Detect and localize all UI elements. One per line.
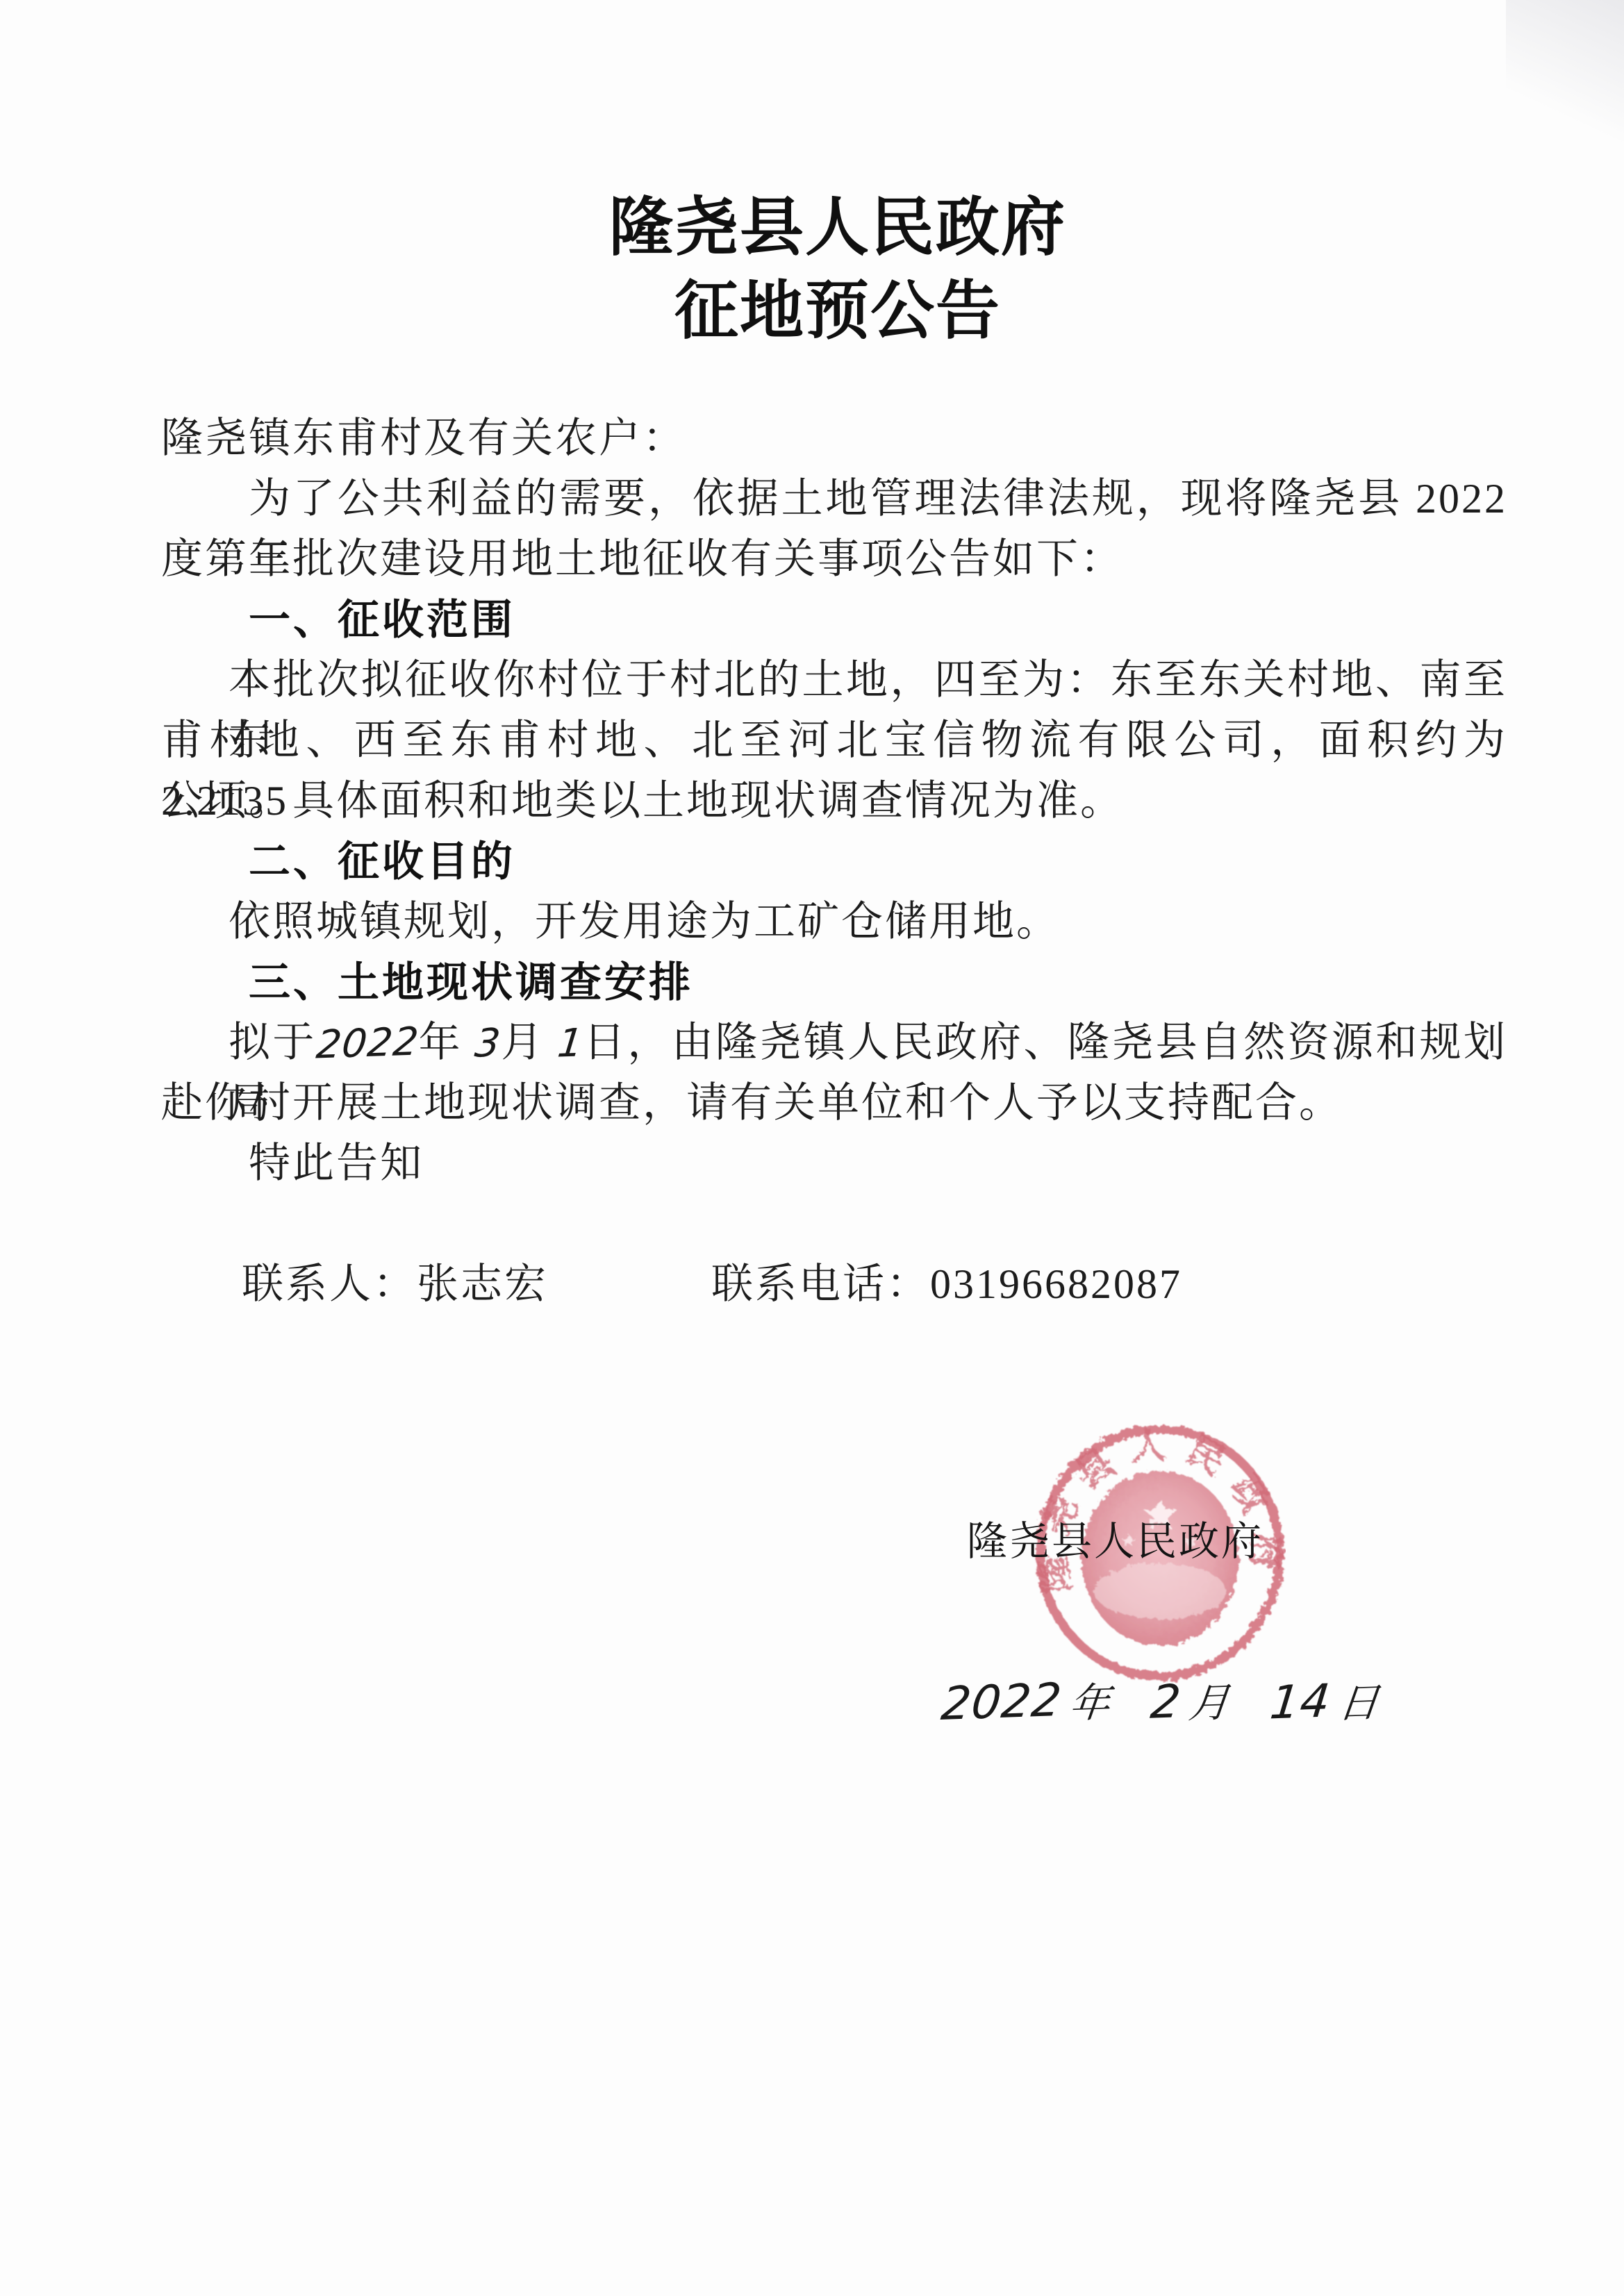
document-title: 隆尧县人民政府 征地预公告	[0, 186, 1624, 353]
signature-month-unit: 月	[1186, 1679, 1232, 1727]
title-line-1: 隆尧县人民政府	[51, 186, 1624, 269]
signature-day-unit: 日	[1336, 1679, 1382, 1727]
section1-heading: 一、征收范围	[161, 590, 1507, 650]
section2-heading: 二、征收目的	[161, 831, 1507, 892]
closing-line: 特此告知	[161, 1133, 1507, 1194]
blank-line	[161, 1194, 1507, 1254]
handwritten-month: 3	[472, 1013, 504, 1074]
scan-corner-shadow	[1506, 0, 1624, 208]
signature-year-unit: 年	[1067, 1679, 1113, 1727]
handwritten-day: 1	[554, 1013, 586, 1074]
signature-date-day-group: 14 日	[1270, 1678, 1379, 1727]
paragraph2-line2: 甫村地、西至东甫村地、北至河北宝信物流有限公司，面积约为 2.2135	[161, 710, 1507, 771]
signature-authority-name: 隆尧县人民政府	[967, 1508, 1263, 1567]
signature-year: 2022	[939, 1676, 1064, 1729]
signature-date: 2022 年 2 月 14 日	[942, 1678, 1379, 1727]
contact-person: 联系人：张志宏	[242, 1261, 548, 1307]
section3-heading: 三、土地现状调查安排	[161, 952, 1507, 1013]
document-body: 隆尧镇东甫村及有关农户： 为了公共利益的需要，依据土地管理法律法规，现将隆尧县 …	[161, 408, 1507, 1315]
contact-line: 联系人：张志宏联系电话：03196682087	[161, 1254, 1507, 1315]
signature-date-year-group: 2022 年	[942, 1678, 1111, 1727]
month-unit: 月	[501, 1020, 558, 1065]
paragraph3-line1: 依照城镇规划，开发用途为工矿仓储用地。	[161, 892, 1507, 952]
contact-phone: 联系电话：03196682087	[711, 1261, 1182, 1307]
signature-day: 14	[1268, 1677, 1333, 1728]
paragraph2-line3: 公顷。具体面积和地类以土地现状调查情况为准。	[161, 771, 1507, 831]
salutation-line: 隆尧镇东甫村及有关农户：	[161, 408, 1507, 469]
handwritten-year: 2022	[313, 1011, 422, 1075]
paragraph1-line2: 度第三批次建设用地土地征收有关事项公告如下：	[161, 529, 1507, 590]
paragraph4-line1: 拟于2022年 3月 1日，由隆尧镇人民政府、隆尧县自然资源和规划局	[161, 1013, 1507, 1073]
document-page: 隆尧县人民政府 征地预公告 隆尧镇东甫村及有关农户： 为了公共利益的需要，依据土…	[0, 0, 1624, 2296]
paragraph4-line2: 赴你村开展土地现状调查，请有关单位和个人予以支持配合。	[161, 1073, 1507, 1133]
seal-emblem-highlight	[1094, 1563, 1226, 1619]
signature-month: 2	[1148, 1677, 1184, 1727]
survey-date-prefix: 拟于	[229, 1020, 317, 1065]
signature-date-month-group: 2 月	[1151, 1678, 1230, 1727]
title-line-2: 征地预公告	[51, 269, 1624, 353]
paragraph2-line1: 本批次拟征收你村位于村北的土地，四至为：东至东关村地、南至东	[161, 650, 1507, 710]
year-unit: 年	[418, 1020, 475, 1065]
paragraph1-line1: 为了公共利益的需要，依据土地管理法律法规，现将隆尧县 2022 年	[161, 469, 1507, 529]
